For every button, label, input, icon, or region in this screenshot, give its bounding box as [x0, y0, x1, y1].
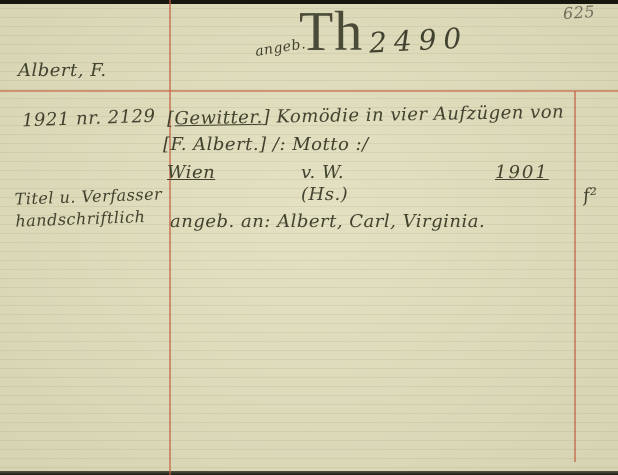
shelfmark-letter: Th	[299, 4, 363, 60]
imprint-publisher-note: v. W.	[301, 162, 344, 183]
author-heading: Albert, F.	[18, 60, 107, 81]
imprint-place: Wien	[167, 162, 215, 183]
scan-edge-bottom	[0, 471, 618, 475]
shelfmark-number: 2490	[368, 21, 469, 59]
note-line-2: handschriftlich	[15, 205, 163, 232]
accession-number: 1921 nr. 2129	[22, 106, 156, 132]
title-line: [Gewitter.] Komödie in vier Aufzügen von	[167, 102, 565, 130]
red-rule-horizontal	[0, 90, 618, 92]
red-rule-vertical-right	[574, 91, 576, 462]
title-rest: Komödie in vier Aufzügen von	[270, 102, 564, 128]
bound-with-note: angeb. an: Albert, Carl, Virginia.	[170, 211, 485, 232]
page-number: 625	[562, 2, 595, 23]
red-rule-vertical-left	[169, 0, 171, 475]
imprint-year: 1901	[495, 162, 549, 183]
format-note: (Hs.)	[301, 184, 348, 205]
catalog-card: 625 angeb. Th 2490 Albert, F. 1921 nr. 2…	[0, 0, 618, 475]
imprint-line: Wien v. W. 1901	[167, 162, 559, 183]
author-statement-line: [F. Albert.] /: Motto :/	[163, 134, 369, 155]
title-text: Gewitter.	[174, 107, 263, 130]
margin-format-mark: f²	[582, 184, 599, 206]
handwritten-note: Titel u. Verfasser handschriftlich	[14, 183, 163, 232]
